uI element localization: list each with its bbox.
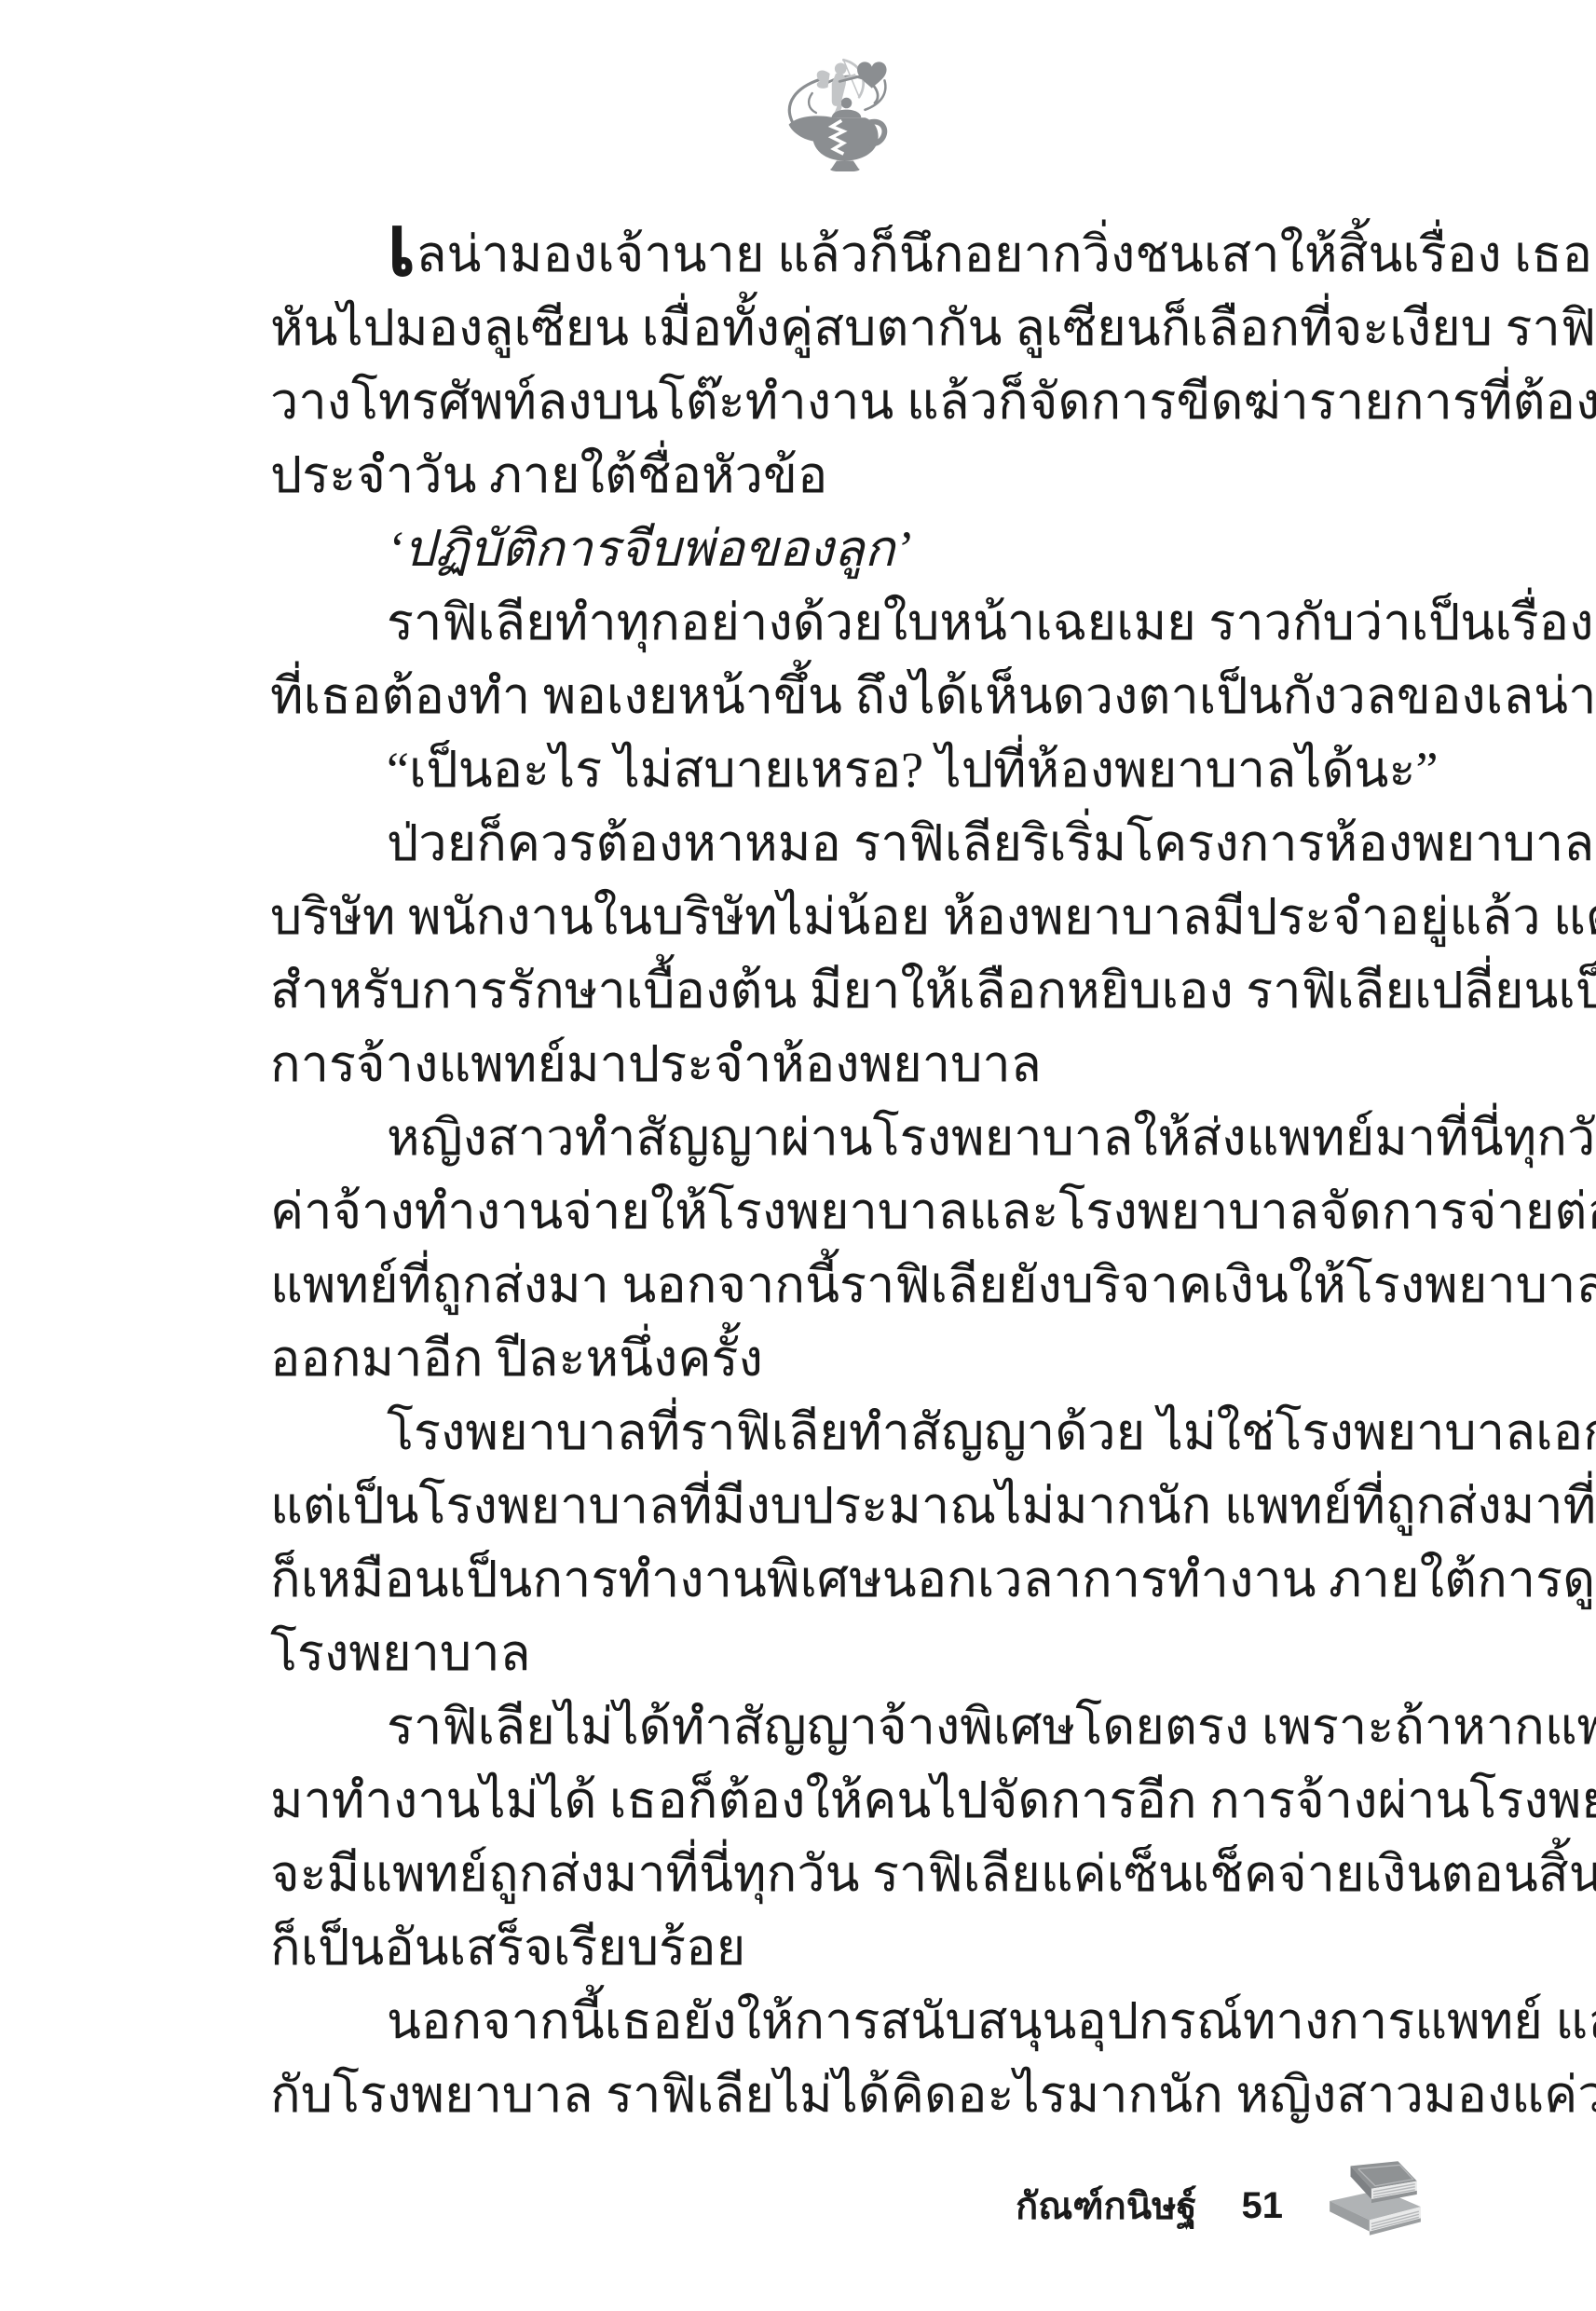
page-footer: กัณฑ์กนิษฐ์ 51 [1016, 2164, 1472, 2248]
text-line: จะมีแพทย์ถูกส่งมาที่นี่ทุกวัน ราฟิเลียแค… [270, 1838, 1435, 1911]
text-line: การจ้างแพทย์มาประจำห้องพยาบาล [270, 1028, 1435, 1101]
footer-book-title: กัณฑ์กนิษฐ์ [1016, 2176, 1197, 2236]
text-line: หันไปมองลูเซียน เมื่อทั้งคู่สบตากัน ลูเซ… [270, 292, 1435, 365]
text-line: นอกจากนี้เธอยังให้การสนับสนุนอุปกรณ์ทางก… [270, 1985, 1435, 2058]
text-line: สำหรับการรักษาเบื้องต้น มียาให้เลือกหยิบ… [270, 954, 1435, 1028]
text-line: เลน่ามองเจ้านาย แล้วก็นึกอยากวิ่งชนเสาให… [270, 218, 1435, 292]
text-line: โรงพยาบาลที่ราฟิเลียทำสัญญาด้วย ไม่ใช่โร… [270, 1396, 1435, 1470]
text-line: ราฟิเลียทำทุกอย่างด้วยใบหน้าเฉยเมย ราวกั… [270, 586, 1435, 660]
text-line: ป่วยก็ควรต้องหาหมอ ราฟิเลียริเริ่มโครงกา… [270, 807, 1435, 881]
text-line: ราฟิเลียไม่ได้ทำสัญญาจ้างพิเศษโดยตรง เพร… [270, 1690, 1435, 1764]
book-page: เลน่ามองเจ้านาย แล้วก็นึกอยากวิ่งชนเสาให… [0, 0, 1596, 2311]
text-line: ‘ปฏิบัติการจีบพ่อของลูก’ [270, 513, 1435, 586]
footer-page-number: 51 [1242, 2185, 1284, 2227]
drop-cap: เ [387, 198, 416, 294]
stacked-books-icon [1322, 2161, 1426, 2237]
text-line: โรงพยาบาล [270, 1617, 1435, 1690]
text-line: ประจำวัน ภายใต้ชื่อหัวข้อ [270, 439, 1435, 513]
text-line: “เป็นอะไร ไม่สบายเหรอ? ไปที่ห้องพยาบาลได… [270, 733, 1435, 807]
text-line: บริษัท พนักงานในบริษัทไม่น้อย ห้องพยาบาล… [270, 881, 1435, 954]
text-line: ก็เหมือนเป็นการทำงานพิเศษนอกเวลาการทำงาน… [270, 1543, 1435, 1617]
text-line: ค่าจ้างทำงานจ่ายให้โรงพยาบาลและโรงพยาบาล… [270, 1175, 1435, 1249]
header-ornament [783, 54, 891, 171]
text-line: ออกมาอีก ปีละหนึ่งครั้ง [270, 1322, 1435, 1396]
text-line: ที่เธอต้องทำ พอเงยหน้าขึ้น ถึงได้เห็นดวง… [270, 660, 1435, 733]
text-line: ก็เป็นอันเสร็จเรียบร้อย [270, 1911, 1435, 1985]
body-text: เลน่ามองเจ้านาย แล้วก็นึกอยากวิ่งชนเสาให… [270, 218, 1435, 2132]
text-line: กับโรงพยาบาล ราฟิเลียไม่ได้คิดอะไรมากนัก… [270, 2058, 1435, 2132]
text-line: วางโทรศัพท์ลงบนโต๊ะทำงาน แล้วก็จัดการขีด… [270, 365, 1435, 439]
genie-lamp-cupid-icon [783, 54, 891, 171]
text-line: มาทำงานไม่ได้ เธอก็ต้องให้คนไปจัดการอีก … [270, 1764, 1435, 1838]
text-line: แต่เป็นโรงพยาบาลที่มีงบประมาณไม่มากนัก แ… [270, 1470, 1435, 1543]
text-line: แพทย์ที่ถูกส่งมา นอกจากนี้ราฟิเลียยังบริ… [270, 1249, 1435, 1322]
text-line: หญิงสาวทำสัญญาผ่านโรงพยาบาลให้ส่งแพทย์มา… [270, 1101, 1435, 1175]
